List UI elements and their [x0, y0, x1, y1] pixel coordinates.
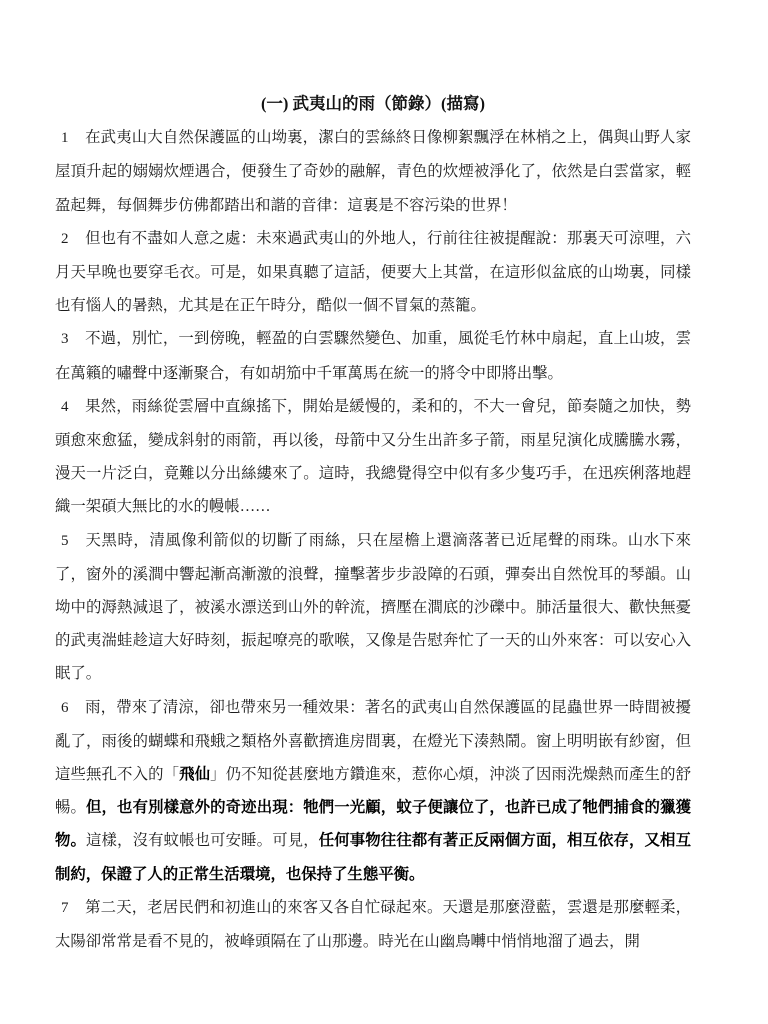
paragraph: 1在武夷山大自然保護區的山坳裏，潔白的雲絲終日像柳絮飄浮在林梢之上，偶與山野人家…: [55, 121, 691, 222]
paragraph-number: 3: [55, 323, 85, 356]
paragraph: 4果然，雨絲從雲層中直線搖下，開始是緩慢的，柔和的，不大一會兒，節奏隨之加快，勢…: [55, 390, 691, 524]
paragraph: 2但也有不盡如人意之處：未來過武夷山的外地人，行前往往被提醒說：那裏天可涼哩，六…: [55, 222, 691, 323]
paragraph-number: 2: [55, 223, 85, 256]
paragraph-number: 1: [55, 122, 85, 155]
body-text: 第二天，老居民們和初進山的來客又各自忙碌起來。天還是那麼澄藍，雲還是那麼輕柔，太…: [55, 899, 691, 950]
body-text: 不過，別忙，一到傍晚，輕盈的白雲驟然變色、加重，風從毛竹林中扇起，直上山坡，雲在…: [55, 330, 691, 381]
document-page: (一) 武夷山的雨（節錄）(描寫) 1在武夷山大自然保護區的山坳裏，潔白的雲絲終…: [0, 0, 768, 1024]
paragraph: 6雨，帶來了清涼，卻也帶來另一種效果：著名的武夷山自然保護區的昆蟲世界一時間被擾…: [55, 691, 691, 891]
paragraph-number: 7: [55, 892, 85, 925]
body-text: 果然，雨絲從雲層中直線搖下，開始是緩慢的，柔和的，不大一會兒，節奏隨之加快，勢頭…: [55, 398, 691, 516]
body-text: 但也有不盡如人意之處：未來過武夷山的外地人，行前往往被提醒說：那裏天可涼哩，六月…: [55, 230, 691, 314]
paragraph: 7第二天，老居民們和初進山的來客又各自忙碌起來。天還是那麼澄藍，雲還是那麼輕柔，…: [55, 891, 691, 958]
paragraph-number: 6: [55, 692, 85, 725]
emphasis-text: 飛仙: [179, 766, 210, 783]
body-text: 這樣，沒有蚊帳也可安睡。可見，: [86, 832, 319, 849]
paragraph: 5天黑時，清風像利箭似的切斷了雨絲，只在屋檐上還滴落著已近尾聲的雨珠。山水下來了…: [55, 524, 691, 691]
paragraph-number: 5: [55, 525, 85, 558]
body-text: 在武夷山大自然保護區的山坳裏，潔白的雲絲終日像柳絮飄浮在林梢之上，偶與山野人家屋…: [55, 129, 691, 213]
body-text: 天黑時，清風像利箭似的切斷了雨絲，只在屋檐上還滴落著已近尾聲的雨珠。山水下來了，…: [55, 532, 691, 683]
document-title: (一) 武夷山的雨（節錄）(描寫): [55, 87, 691, 120]
document-body: 1在武夷山大自然保護區的山坳裏，潔白的雲絲終日像柳絮飄浮在林梢之上，偶與山野人家…: [55, 121, 691, 958]
paragraph-number: 4: [55, 391, 85, 424]
document-content: (一) 武夷山的雨（節錄）(描寫) 1在武夷山大自然保護區的山坳裏，潔白的雲絲終…: [55, 87, 691, 958]
paragraph: 3不過，別忙，一到傍晚，輕盈的白雲驟然變色、加重，風從毛竹林中扇起，直上山坡，雲…: [55, 322, 691, 389]
